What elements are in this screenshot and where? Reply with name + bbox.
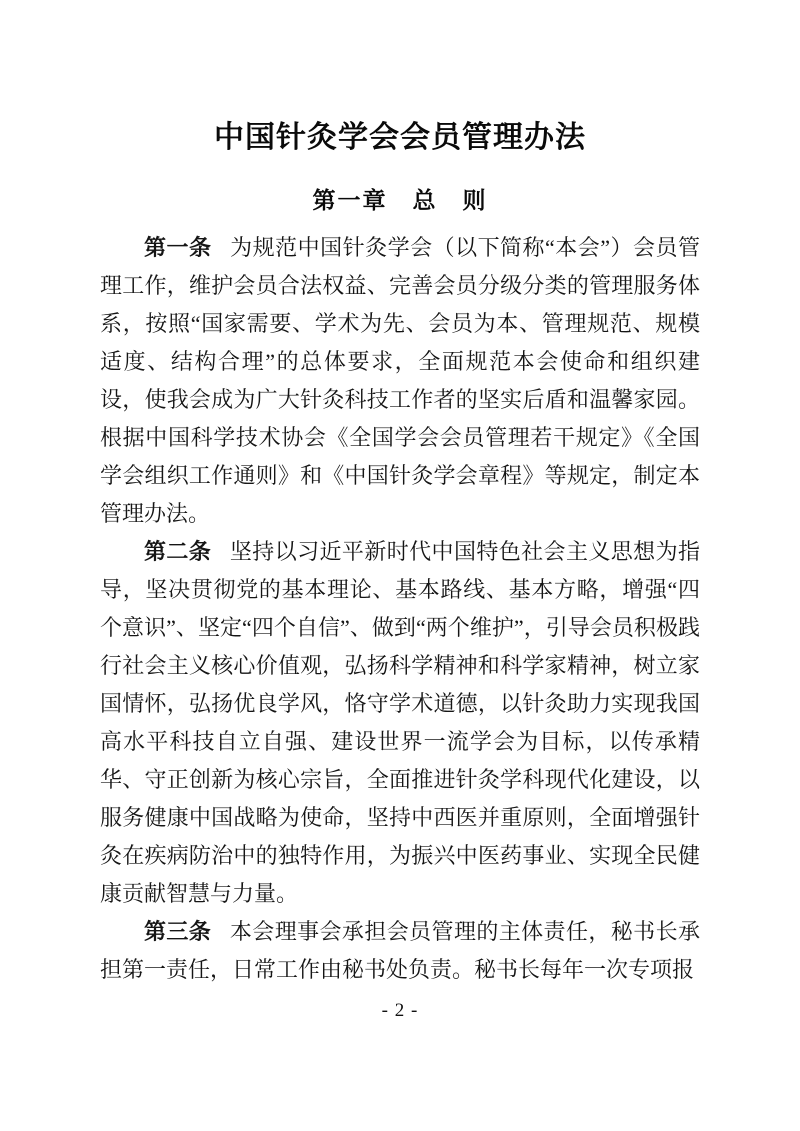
paragraph-article-1: 第一条为规范中国针灸学会（以下简称“本会”）会员管理工作，维护会员合法权益、完善… — [100, 229, 700, 533]
chapter-heading: 第一章 总 则 — [0, 182, 800, 215]
article-3-label: 第三条 — [144, 919, 230, 944]
document-title: 中国针灸学会会员管理办法 — [0, 112, 800, 156]
document-page: 中国针灸学会会员管理办法 第一章 总 则 第一条为规范中国针灸学会（以下简称“本… — [0, 0, 800, 1131]
article-1-text: 为规范中国针灸学会（以下简称“本会”）会员管理工作，维护会员合法权益、完善会员分… — [100, 235, 700, 526]
document-body: 第一条为规范中国针灸学会（以下简称“本会”）会员管理工作，维护会员合法权益、完善… — [100, 229, 700, 989]
page-number: - 2 - — [0, 1000, 800, 1022]
paragraph-article-3: 第三条本会理事会承担会员管理的主体责任，秘书长承担第一责任，日常工作由秘书处负责… — [100, 913, 700, 989]
paragraph-article-2: 第二条坚持以习近平新时代中国特色社会主义思想为指导，坚决贯彻党的基本理论、基本路… — [100, 533, 700, 913]
article-1-label: 第一条 — [144, 235, 230, 260]
article-2-label: 第二条 — [144, 539, 230, 564]
article-2-text: 坚持以习近平新时代中国特色社会主义思想为指导，坚决贯彻党的基本理论、基本路线、基… — [100, 539, 700, 906]
